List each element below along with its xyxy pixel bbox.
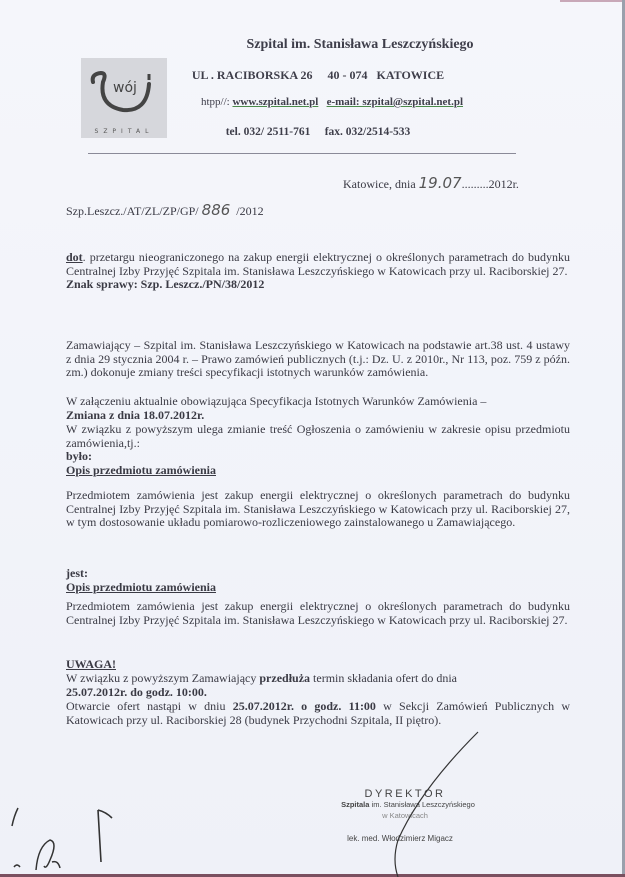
director-signature-stroke	[395, 732, 478, 877]
scanned-letter-page: wój SZPITAL Szpital im. Stanisława Leszc…	[0, 0, 625, 877]
handwritten-signatures	[0, 0, 625, 877]
